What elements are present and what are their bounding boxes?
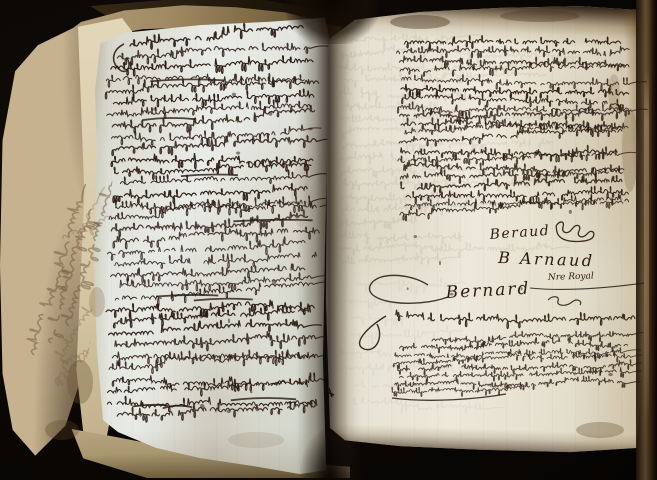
signature-title: Nre Royal	[547, 271, 594, 283]
signature-beraud: Beraud	[488, 223, 551, 243]
signature-paraph	[556, 222, 594, 241]
binding-stitch-bottom	[327, 388, 334, 397]
signature-bernard: Bernard	[444, 279, 531, 303]
signature-scroll	[548, 297, 581, 306]
signature-underline	[530, 283, 644, 289]
signature-b-arnaud: B Arnaud	[497, 248, 595, 270]
manuscript-scan: Expd Beraud B Arnaud Bernard Nre Royal	[0, 0, 657, 480]
handwriting-layer: Expd Beraud B Arnaud Bernard Nre Royal	[0, 0, 657, 480]
signature-block: Beraud B Arnaud Bernard Nre Royal	[370, 222, 644, 305]
binding-stitch-top	[325, 28, 333, 37]
closing-underline	[392, 394, 506, 400]
bernard-flourish	[370, 275, 448, 303]
left-page-margin-note: Expd	[58, 43, 86, 57]
